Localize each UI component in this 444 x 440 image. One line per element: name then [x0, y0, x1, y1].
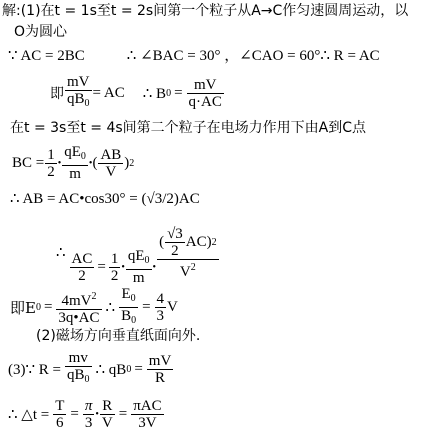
delta-t-prefix: ∴ △t = [8, 405, 49, 424]
subscript: 0 [145, 255, 150, 266]
fraction-r-v: R V [100, 398, 115, 431]
numerator: E0 [119, 286, 138, 307]
numerator: 4mV2 [56, 289, 101, 309]
denominator: 3 [83, 414, 95, 431]
denominator: qB0 [65, 366, 92, 388]
eq-ac: = AC [93, 85, 125, 102]
denominator: q·AC [187, 93, 224, 110]
numerator: 1 [45, 147, 57, 163]
denominator: 2 [109, 267, 121, 284]
equals: = [97, 259, 105, 276]
numerator: AB [98, 147, 123, 163]
num-text: 4mV [61, 293, 91, 309]
equals: = [174, 85, 182, 102]
fraction-half: 1 2 [45, 147, 57, 180]
fraction-qe0-m: qE0 m [62, 144, 88, 182]
denominator: B0 [119, 307, 138, 329]
numerator: mV [187, 77, 224, 93]
den-text: V [180, 264, 191, 280]
intro-continuation: O为圆心 [14, 23, 67, 41]
fraction-piac-3v: πAC 3V [131, 398, 163, 431]
denominator: m [62, 165, 88, 182]
part3-time-equation: ∴ △t = T 6 = π 3 • R V = πAC 3V [8, 398, 165, 431]
superscript: 2 [212, 235, 217, 250]
denominator: 3 [155, 307, 167, 324]
superscript: 2 [91, 291, 96, 302]
numerator: √3 [165, 226, 185, 242]
b0-equation: 即 mV qB0 = AC ∴ B0 = mV q·AC [50, 74, 225, 112]
ac-2bc: ∵ AC = 2BC [8, 48, 85, 64]
den-text: qB [67, 91, 85, 107]
dot: • [58, 158, 62, 169]
denominator: 2 [165, 242, 185, 259]
e0-prefix: 即E [10, 297, 36, 318]
num-text: E [121, 286, 130, 302]
part1-second-particle: 在t = 3s至t = 4s间第二个粒子在电场力作用下由A到C点 [10, 119, 366, 137]
part3-prefix: (3)∵ R = [8, 360, 61, 379]
part2-text: (2)磁场方向垂直纸面向外. [36, 328, 200, 344]
therefore: ∴ [56, 243, 66, 262]
bc-prefix: BC = [12, 155, 44, 172]
numerator: π [83, 398, 95, 414]
fraction-pi-3: π 3 [83, 398, 95, 431]
subscript: 0 [85, 98, 90, 109]
ab-equation: ∴ AB = AC•cos30° = (√3/2)AC [10, 190, 200, 208]
superscript: 2 [129, 158, 134, 169]
denominator: 2 [70, 267, 95, 284]
subscript: 0 [131, 315, 136, 326]
numerator: R [100, 398, 115, 414]
equals: = [142, 299, 150, 316]
ac-half-equation: ∴ AC 2 = 1 2 • qE0 m • ( √3 2 AC)2 V2 [56, 218, 220, 286]
fraction-e0-b0: E0 B0 [119, 286, 138, 329]
numerator: T [53, 398, 66, 414]
denominator: V [98, 163, 123, 180]
ab-text: ∴ AB = AC•cos30° = (√3/2)AC [10, 191, 200, 207]
subscript: 0 [126, 364, 131, 375]
intro-text: 在t = 1s至t = 2s间第一个粒子从A→C作匀速圆周运动，以 [41, 3, 409, 19]
part1-intro: 解:(1)在t = 1s至t = 2s间第一个粒子从A→C作匀速圆周运动，以 [2, 2, 408, 20]
numerator: ( √3 2 AC)2 [157, 226, 219, 259]
denominator: 3q•AC [56, 309, 101, 326]
num-text: qE [64, 144, 81, 160]
fraction-4mv2: 4mV2 3q•AC [56, 289, 101, 326]
numerator: qE0 [126, 248, 152, 269]
fraction-half: 1 2 [109, 251, 121, 284]
fraction-mv-qb0: mv qB0 [65, 350, 92, 388]
part3-radius-equation: (3)∵ R = mv qB0 ∴ qB0 = mV R [8, 350, 174, 388]
angle-statement: ∴ ∠BAC = 30° ，∠CAO = 60°∴ R = AC [127, 48, 380, 64]
equals: = [44, 299, 52, 316]
numerator: mV [147, 353, 174, 369]
fraction-qe0-m: qE0 m [126, 248, 152, 286]
fraction-ab-v: AB V [98, 147, 123, 180]
denominator: 6 [53, 414, 66, 431]
subscript: 0 [166, 88, 171, 99]
paren-open: ( [159, 235, 164, 250]
numerator: 1 [109, 251, 121, 267]
fraction-mv-qb0: mV qB0 [65, 74, 92, 112]
den-text: B [121, 308, 131, 324]
ji-char: 即 [50, 83, 64, 103]
paren-open: ( [92, 155, 97, 172]
numerator: πAC [131, 398, 163, 414]
equals: = [134, 361, 142, 378]
numerator: mV [65, 74, 92, 90]
subscript: 0 [131, 293, 136, 304]
numerator: mv [65, 350, 92, 366]
denominator: m [126, 269, 152, 286]
therefore-b: ∴ B [143, 84, 166, 103]
denominator: qB0 [65, 90, 92, 112]
fraction-mv-qac: mV q·AC [187, 77, 224, 110]
denominator: 3V [131, 414, 163, 431]
numerator: qE0 [62, 144, 88, 165]
second-particle-text: 在t = 3s至t = 4s间第二个粒子在电场力作用下由A到C点 [10, 120, 366, 136]
denominator: V2 [157, 259, 219, 280]
dot: • [121, 262, 125, 273]
part2: (2)磁场方向垂直纸面向外. [36, 327, 200, 345]
subscript: 0 [85, 374, 90, 385]
intro-label: 解:(1) [2, 3, 41, 19]
num-text: qE [128, 248, 145, 264]
denominator: 2 [45, 163, 57, 180]
numerator: AC [70, 251, 95, 267]
subscript: 0 [81, 151, 86, 162]
v-tail: V [167, 299, 178, 316]
angle-relations: ∵ AC = 2BC∴ ∠BAC = 30° ，∠CAO = 60°∴ R = … [8, 47, 380, 65]
fraction-4-3: 4 3 [155, 291, 167, 324]
ac-close: AC) [186, 235, 212, 250]
fraction-big: ( √3 2 AC)2 V2 [157, 226, 219, 280]
bc-equation: BC = 1 2 • qE0 m • ( AB V )2 [12, 144, 134, 182]
e0-equation: 即E0 = 4mV2 3q•AC ∴ E0 B0 = 4 3 V [10, 286, 178, 329]
fraction-t-6: T 6 [53, 398, 66, 431]
fraction-sqrt3-2: √3 2 [165, 226, 185, 259]
denominator: V [100, 414, 115, 431]
therefore: ∴ [106, 298, 116, 317]
superscript: 2 [191, 262, 196, 273]
denominator: R [147, 369, 174, 386]
dot: • [153, 262, 157, 273]
equals: = [119, 406, 127, 423]
subscript: 0 [36, 302, 41, 313]
intro-cont-text: O为圆心 [14, 24, 67, 40]
fraction-ac-2: AC 2 [70, 251, 95, 284]
therefore-qb: ∴ qB [96, 360, 127, 379]
den-text: qB [67, 367, 85, 383]
equals: = [70, 406, 78, 423]
dot: • [95, 409, 99, 420]
fraction-mv-r: mV R [147, 353, 174, 386]
numerator: 4 [155, 291, 167, 307]
